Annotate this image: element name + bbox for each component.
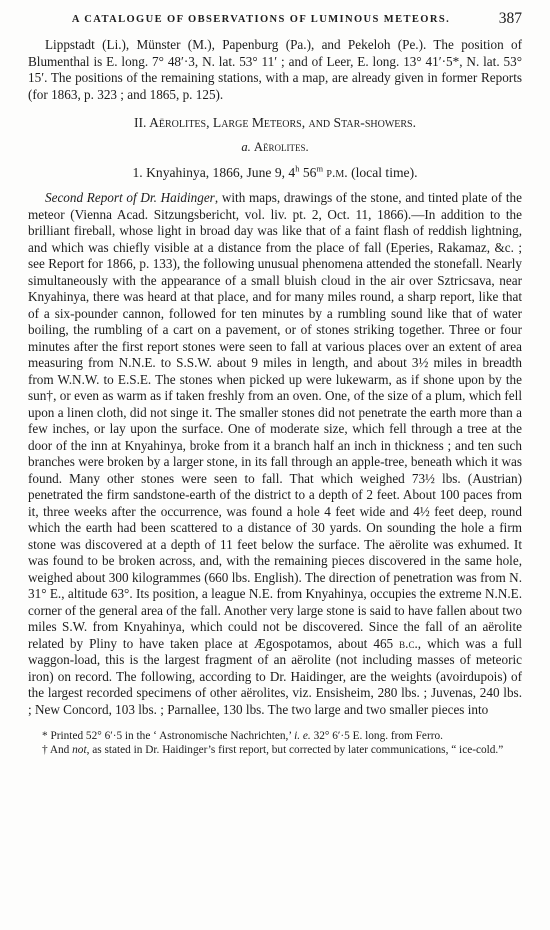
section-heading-aerolites-large-meteors: II. Aërolites, Large Meteors, and Star-s… [28, 115, 522, 131]
book-page: A CATALOGUE OF OBSERVATIONS OF LUMINOUS … [0, 0, 550, 930]
subsection-heading-a-aerolites: a. Aërolites. [28, 140, 522, 155]
paragraph-haidinger-report: Second Report of Dr. Haidinger, with map… [28, 190, 522, 718]
footnote-asterisk: * Printed 52° 6′·5 in the ‘ Astronomisch… [28, 729, 522, 743]
page-number: 387 [499, 10, 522, 28]
running-title: A CATALOGUE OF OBSERVATIONS OF LUMINOUS … [72, 14, 450, 25]
footnote-dagger: † And not, as stated in Dr. Haidinger’s … [28, 743, 522, 757]
entry-heading-knyahinya: 1. Knyahinya, 1866, June 9, 4h 56m p.m. … [28, 165, 522, 181]
footnotes-section: * Printed 52° 6′·5 in the ‘ Astronomisch… [28, 729, 522, 758]
running-header: A CATALOGUE OF OBSERVATIONS OF LUMINOUS … [28, 10, 522, 25]
paragraph-stations: Lippstadt (Li.), Münster (M.), Papenburg… [28, 37, 522, 103]
